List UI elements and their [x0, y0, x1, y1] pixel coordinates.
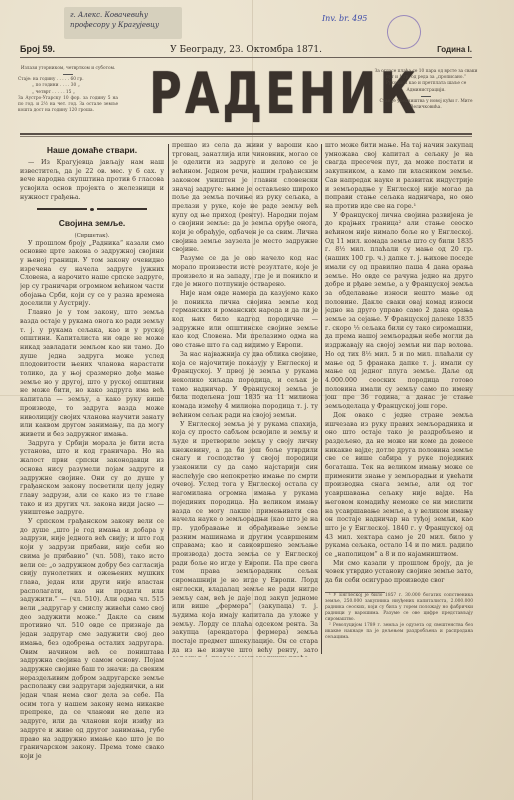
- column-2: прешао из села да живи у вароши као трго…: [172, 142, 318, 657]
- ad-rates: За огласе плаћа се 10 пара од врсте за с…: [374, 69, 478, 81]
- masthead-rule: [20, 57, 472, 58]
- divider: [63, 74, 73, 75]
- section-heading-domestic: Наше домаће ствари.: [20, 144, 164, 156]
- note-line-1: г. Алекс. Ковачевићу: [70, 10, 176, 20]
- paragraph: прешао из села да живи у вароши као трго…: [172, 142, 318, 255]
- paragraph: Док овако с једне стране земља ишчезава …: [325, 412, 473, 560]
- newspaper-title: РАДЕНИК: [149, 63, 343, 126]
- header-rule-thin: [20, 136, 472, 137]
- paragraph: У прошлом броју „Радника“ казали смо осн…: [20, 240, 164, 310]
- paragraph: У Француској лична својина развијена је …: [325, 212, 473, 412]
- handwritten-note: г. Алекс. Ковачевићу професору у Крагује…: [64, 7, 182, 39]
- inventory-mark: Inv. br. 495: [322, 14, 367, 23]
- paragraph: Разуме се да је ово начело код нас морал…: [172, 255, 318, 290]
- column-3: што може бити мање. На тај начин закупац…: [325, 142, 473, 794]
- ornamental-divider: [20, 208, 164, 211]
- section-heading-land: Својина земље.: [20, 217, 164, 229]
- issue-number: Број 59.: [20, 44, 55, 54]
- foreign-prices: За Аустро-Угарску 10 фор. за годину 5 на…: [18, 96, 118, 115]
- column-rule-2: [321, 144, 322, 654]
- manuscripts-note: Рукописи као и претплата шаље се Админис…: [374, 81, 478, 93]
- paragraph: У Енглеској земља је у рукама спахија, к…: [172, 421, 318, 658]
- paragraph: Задруга у Србији морала је бити иста уст…: [20, 440, 164, 518]
- paragraph: Главно је у том закону, што земља вазда …: [20, 309, 164, 440]
- paragraph: Није нам овде намера да казујемо како је…: [172, 290, 318, 351]
- masthead-line: Број 59. У Београду, 23. Октомбра 1871. …: [20, 44, 472, 55]
- footnote-1: ¹ У Енглеској је било 1857 г. 30.000 бог…: [325, 593, 473, 623]
- place-date: У Београду, 23. Октомбра 1871.: [170, 45, 322, 55]
- paragraph: Ми смо казали у прошлом броју, да је чов…: [325, 560, 473, 586]
- footnote-2: ² Револуцијом 1789 г. земља је одузета о…: [325, 623, 473, 641]
- editorial-office: Стан је уредништва у новој кући г. Мите …: [374, 99, 478, 111]
- note-line-2: професору у Крагујевцу: [70, 20, 176, 30]
- domestic-news-text: — Из Крагујевца јављају нам наш известит…: [20, 159, 164, 203]
- paragraph: За нас најважнија су два облика својине,…: [172, 351, 318, 421]
- subscription-info: Излази уторником, четвртком и суботом. С…: [18, 66, 118, 114]
- advertising-info: За огласе плаћа се 10 пара од врсте за с…: [374, 69, 478, 111]
- column-rule-1: [168, 144, 169, 654]
- paragraph: што може бити мање. На тај начин закупац…: [325, 142, 473, 212]
- paragraph: У српском грађанском закону вели се до д…: [20, 518, 164, 762]
- publication-schedule: Излази уторником, четвртком и суботом.: [18, 66, 118, 72]
- section-subheading: (Свршетак).: [20, 232, 164, 240]
- column-1: Наше домаће ствари. — Из Крагујевца јављ…: [20, 142, 164, 794]
- volume-year: Година I.: [437, 45, 472, 54]
- divider: [421, 96, 431, 97]
- header-rule-thick: [20, 133, 472, 135]
